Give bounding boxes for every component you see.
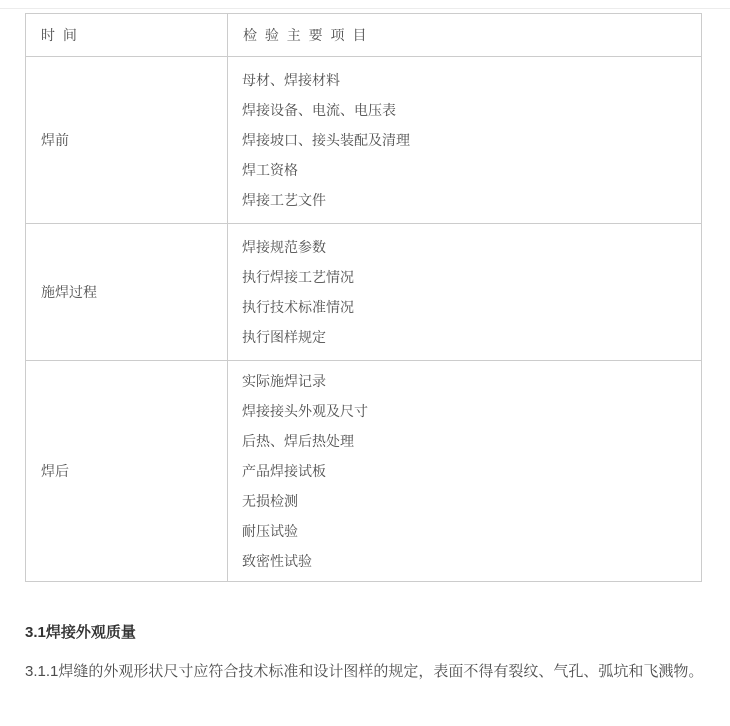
time-cell-during-weld: 施焊过程 (26, 224, 228, 361)
inspection-item: 耐压试验 (242, 516, 701, 546)
items-cell-post-weld: 实际施焊记录 焊接接头外观及尺寸 后热、焊后热处理 产品焊接试板 无损检测 耐压… (228, 361, 702, 582)
inspection-item: 实际施焊记录 (242, 366, 701, 396)
table-row-during-weld: 施焊过程 焊接规范参数 执行焊接工艺情况 执行技术标准情况 执行图样规定 (26, 224, 702, 361)
table-header-row: 时 间 检 验 主 要 项 目 (26, 14, 702, 57)
inspection-item: 焊工资格 (242, 155, 701, 185)
table-row-post-weld: 焊后 实际施焊记录 焊接接头外观及尺寸 后热、焊后热处理 产品焊接试板 无损检测… (26, 361, 702, 582)
table-header-items: 检 验 主 要 项 目 (228, 14, 702, 57)
items-cell-pre-weld: 母材、焊接材料 焊接设备、电流、电压表 焊接坡口、接头装配及清理 焊工资格 焊接… (228, 57, 702, 224)
items-cell-during-weld: 焊接规范参数 执行焊接工艺情况 执行技术标准情况 执行图样规定 (228, 224, 702, 361)
inspection-item: 执行图样规定 (242, 322, 701, 352)
time-cell-post-weld: 焊后 (26, 361, 228, 582)
inspection-item: 母材、焊接材料 (242, 65, 701, 95)
inspection-item: 焊接接头外观及尺寸 (242, 396, 701, 426)
page-top-divider (0, 8, 730, 9)
inspection-item: 焊接坡口、接头装配及清理 (242, 125, 701, 155)
document-content: 时 间 检 验 主 要 项 目 焊前 母材、焊接材料 焊接设备、电流、电压表 焊… (0, 0, 730, 687)
inspection-item: 焊接工艺文件 (242, 185, 701, 215)
inspection-item: 无损检测 (242, 486, 701, 516)
section-paragraph: 3.1.1焊缝的外观形状尺寸应符合技术标准和设计图样的规定，表面不得有裂纹、气孔… (25, 657, 707, 687)
table-header-time: 时 间 (26, 14, 228, 57)
inspection-item: 后热、焊后热处理 (242, 426, 701, 456)
inspection-item: 执行技术标准情况 (242, 292, 701, 322)
inspection-item: 执行焊接工艺情况 (242, 262, 701, 292)
section-heading: 3.1焊接外观质量 (25, 622, 705, 644)
inspection-item: 焊接规范参数 (242, 232, 701, 262)
time-cell-pre-weld: 焊前 (26, 57, 228, 224)
inspection-item: 焊接设备、电流、电压表 (242, 95, 701, 125)
table-row-pre-weld: 焊前 母材、焊接材料 焊接设备、电流、电压表 焊接坡口、接头装配及清理 焊工资格… (26, 57, 702, 224)
welding-inspection-table: 时 间 检 验 主 要 项 目 焊前 母材、焊接材料 焊接设备、电流、电压表 焊… (25, 13, 702, 582)
inspection-item: 产品焊接试板 (242, 456, 701, 486)
inspection-item: 致密性试验 (242, 546, 701, 576)
